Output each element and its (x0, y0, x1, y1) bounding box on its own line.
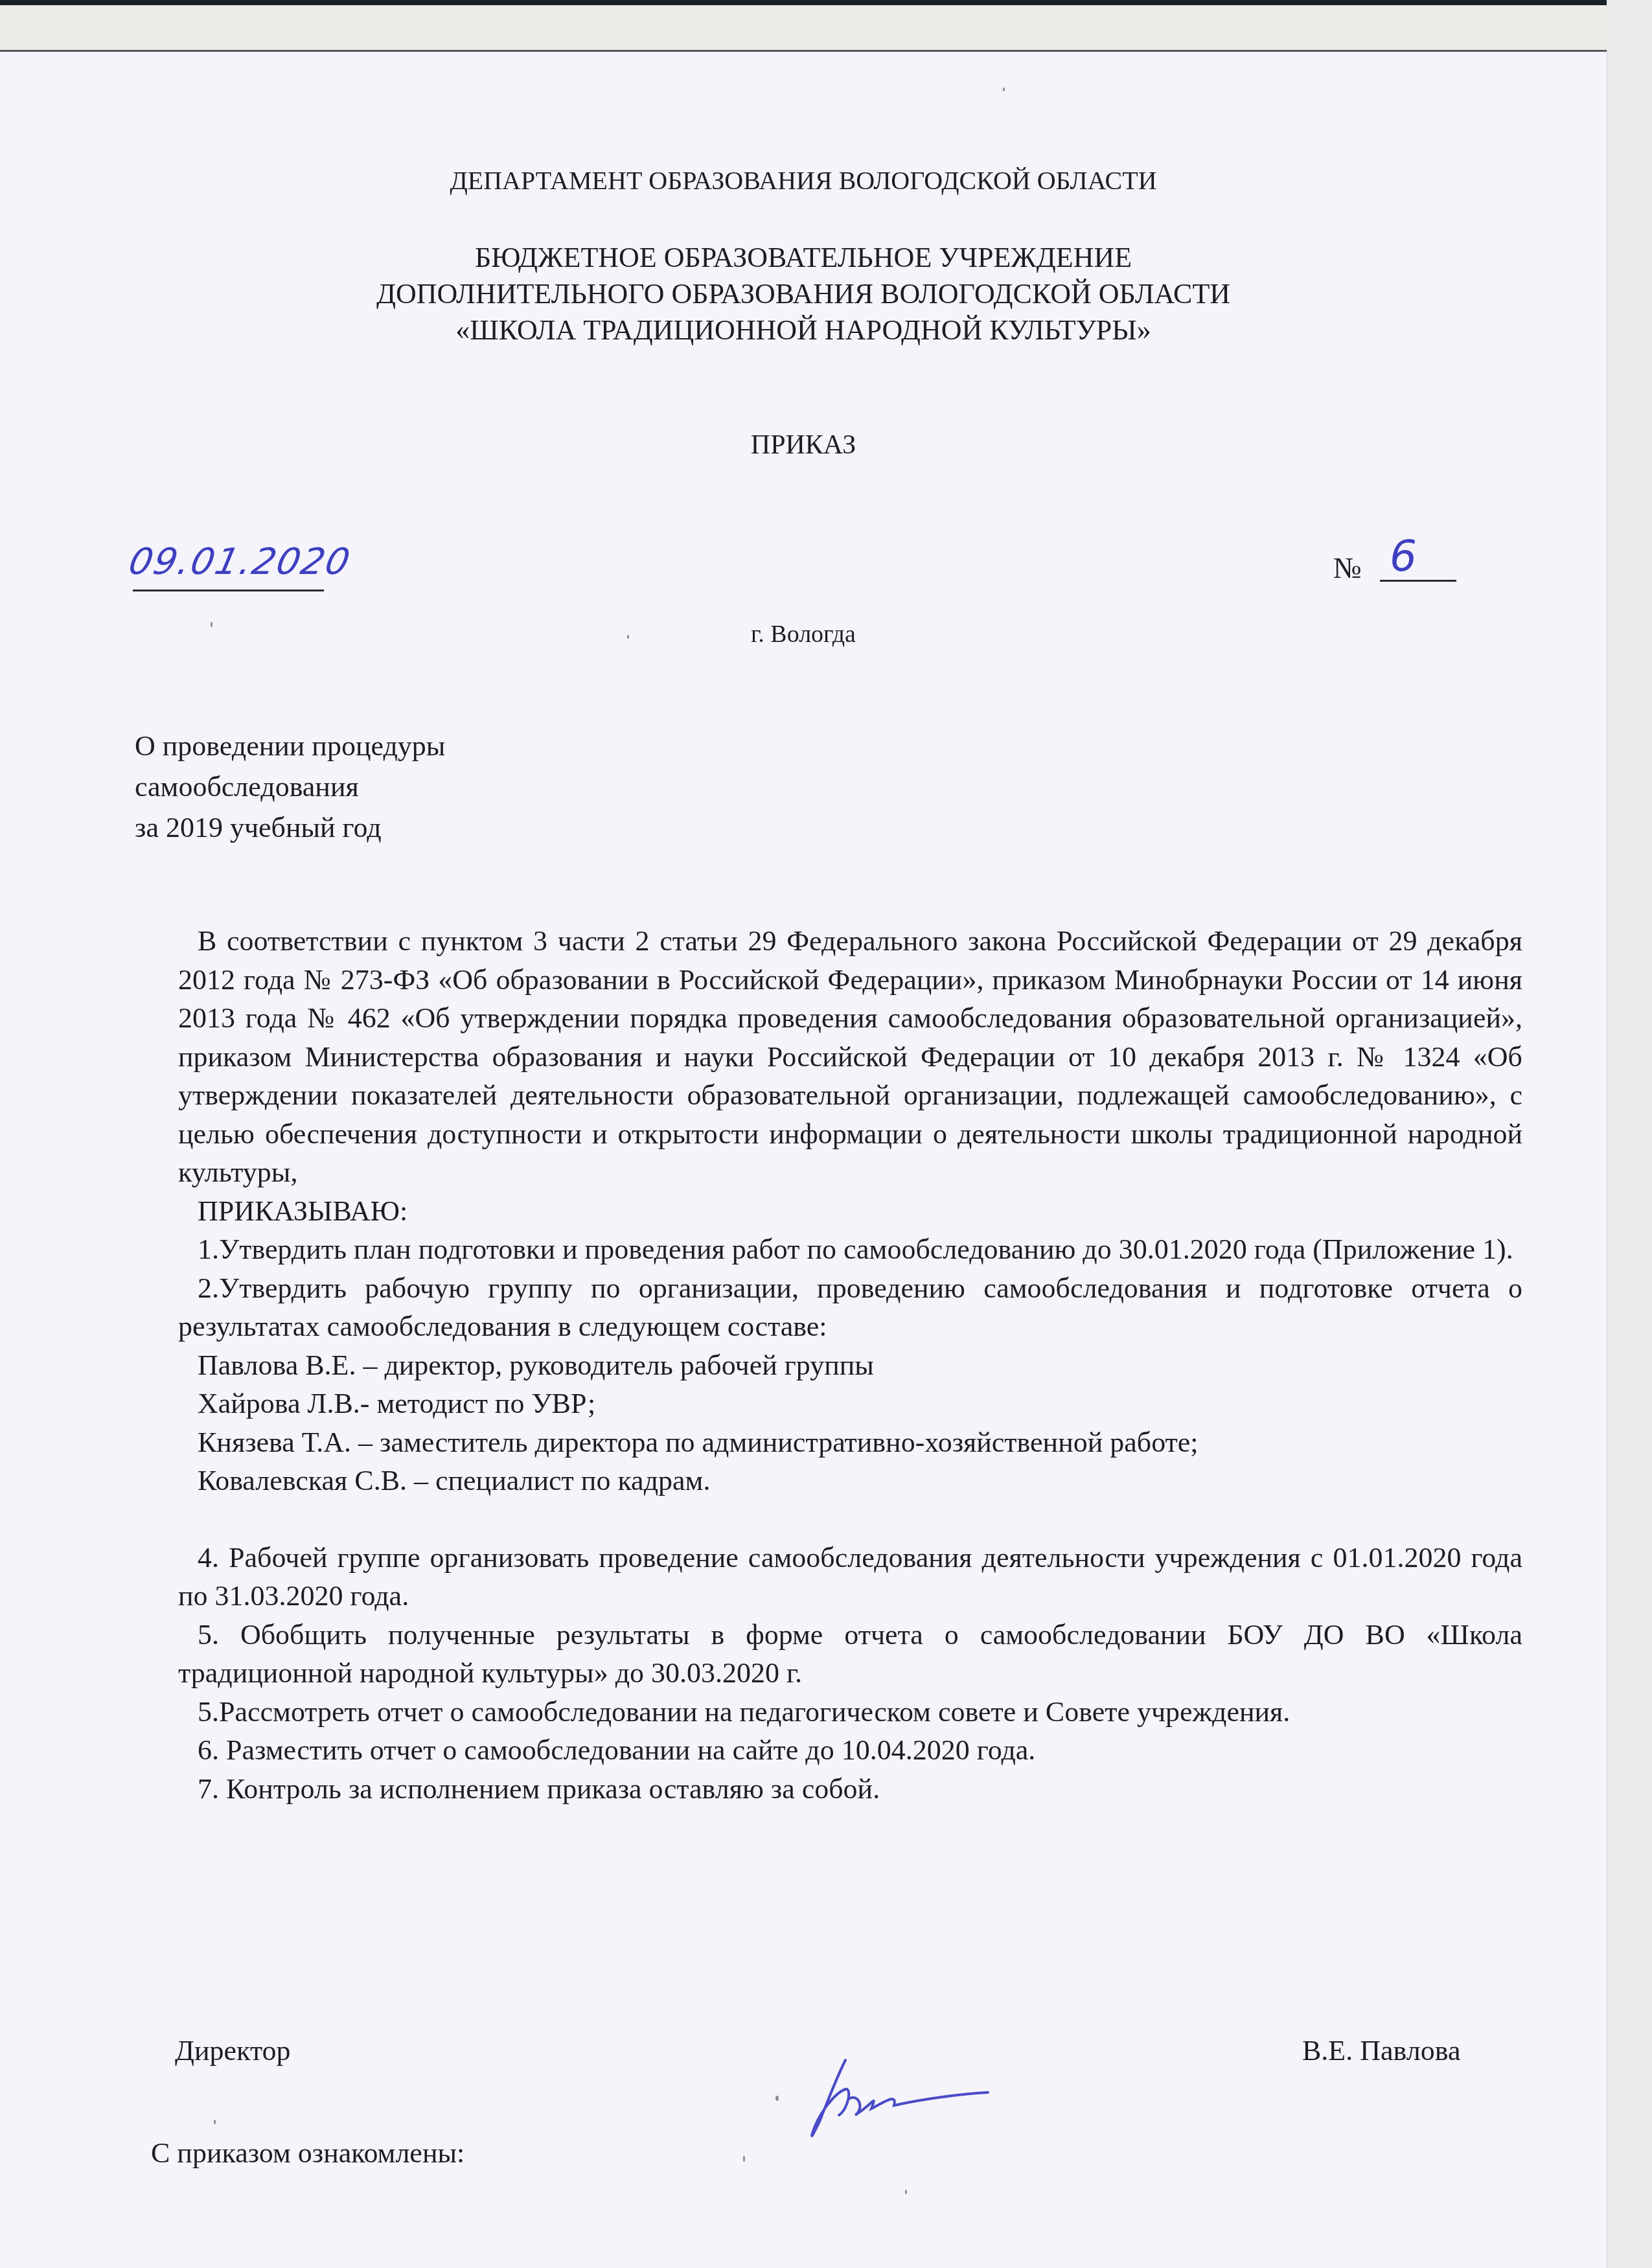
order-number-label: № (1333, 551, 1362, 585)
working-group-member-1: Павлова В.Е. – директор, руководитель ра… (178, 1346, 1522, 1385)
order-directive: ПРИКАЗЫВАЮ: (178, 1192, 1522, 1231)
order-subject: О проведении процедуры самообследования … (135, 726, 445, 848)
order-date-value: 09.01.2020 (125, 541, 354, 583)
order-item-1: 1.Утвердить план подготовки и проведения… (178, 1230, 1522, 1269)
order-item-6: 6. Разместить отчет о самообследовании н… (178, 1731, 1522, 1770)
signatory-position: Директор (175, 2034, 291, 2067)
scan-speck (214, 2120, 216, 2124)
scan-speck (743, 2156, 745, 2162)
scan-speck (775, 2096, 779, 2101)
number-underline (1380, 580, 1456, 582)
handwritten-signature-icon (774, 2054, 1033, 2148)
document-type-title: ПРИКАЗ (0, 430, 1607, 461)
scan-speck (1003, 87, 1005, 91)
city-label: г. Вологда (0, 620, 1607, 648)
order-date: 09.01.2020 (130, 541, 350, 583)
scan-background-top (0, 5, 1652, 51)
order-item-2: 2.Утвердить рабочую группу по организаци… (178, 1269, 1522, 1346)
order-item-7: 7. Контроль за исполнением приказа остав… (178, 1770, 1522, 1809)
scan-background-right (1607, 0, 1652, 2268)
department-header: ДЕПАРТАМЕНТ ОБРАЗОВАНИЯ ВОЛОГОДСКОЙ ОБЛА… (0, 165, 1607, 196)
working-group-member-2: Хайрова Л.В.- методист по УВР; (178, 1384, 1522, 1423)
subject-line-2: самообследования (135, 766, 445, 807)
signatory-name: В.Е. Павлова (1302, 2034, 1460, 2067)
working-group-member-3: Князева Т.А. – заместитель директора по … (178, 1423, 1522, 1462)
order-item-5b: 5.Рассмотреть отчет о самообследовании н… (178, 1693, 1522, 1732)
subject-line-1: О проведении процедуры (135, 726, 445, 766)
scan-speck (211, 622, 212, 627)
scan-speck (627, 635, 629, 639)
scan-border-top (0, 0, 1652, 5)
subject-line-3: за 2019 учебный год (135, 807, 445, 848)
date-underline (133, 590, 324, 591)
paragraph-gap (178, 1500, 1522, 1539)
organization-name-line-3: «ШКОЛА ТРАДИЦИОННОЙ НАРОДНОЙ КУЛЬТУРЫ» (0, 312, 1607, 349)
acknowledgement-label: С приказом ознакомлены: (151, 2136, 465, 2170)
preamble-paragraph: В соответствии с пунктом 3 части 2 стать… (178, 922, 1522, 1192)
document-page: ДЕПАРТАМЕНТ ОБРАЗОВАНИЯ ВОЛОГОДСКОЙ ОБЛА… (0, 50, 1607, 2268)
organization-name-line-1: БЮДЖЕТНОЕ ОБРАЗОВАТЕЛЬНОЕ УЧРЕЖДЕНИЕ (0, 240, 1607, 276)
order-number-value: 6 (1390, 531, 1417, 581)
working-group-member-4: Ковалевская С.В. – специалист по кадрам. (178, 1461, 1522, 1500)
order-body: В соответствии с пунктом 3 части 2 стать… (178, 922, 1522, 1808)
scan-speck (905, 2190, 907, 2194)
order-item-4: 4. Рабочей группе организовать проведени… (178, 1539, 1522, 1616)
order-item-5: 5. Обобщить полученные результаты в форм… (178, 1616, 1522, 1693)
organization-name-line-2: ДОПОЛНИТЕЛЬНОГО ОБРАЗОВАНИЯ ВОЛОГОДСКОЙ … (0, 276, 1607, 312)
